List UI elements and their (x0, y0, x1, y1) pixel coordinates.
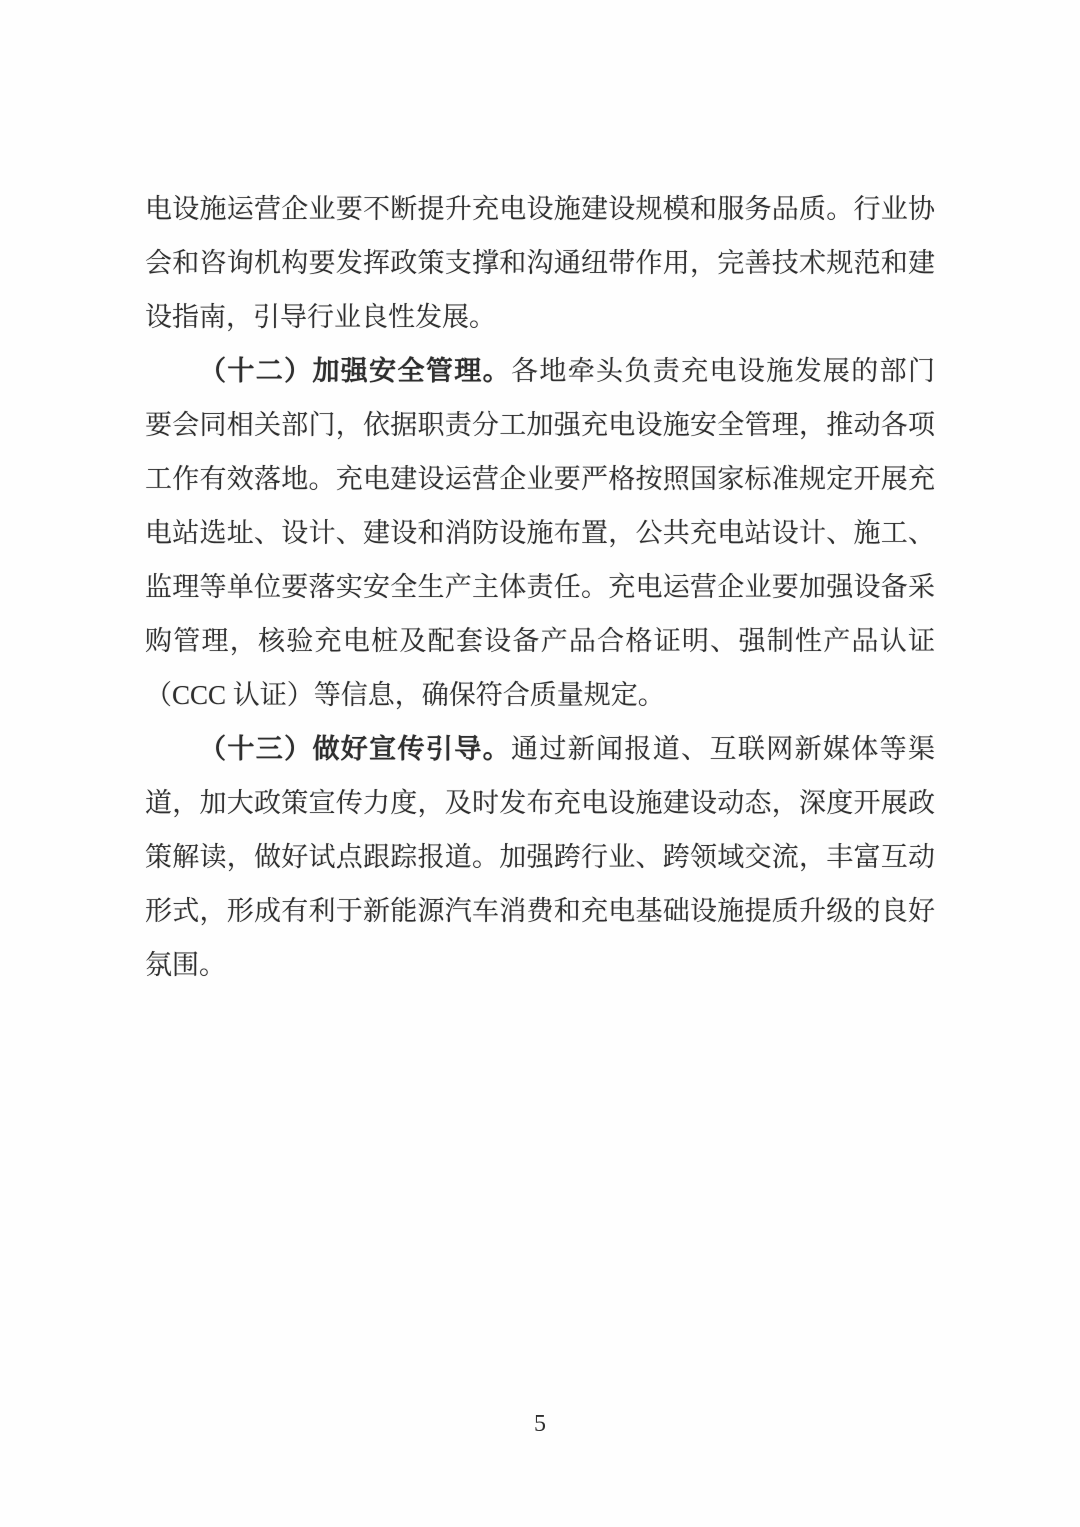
text-line: （十二）加强安全管理。各地牵头负责充电设施发展的部门 (145, 344, 935, 398)
text-line: 会和咨询机构要发挥政策支撑和沟通纽带作用，完善技术规范和建 (145, 236, 935, 290)
text-line: （CCC 认证）等信息，确保符合质量规定。 (145, 668, 935, 722)
text-line: 设指南，引导行业良性发展。 (145, 290, 935, 344)
text-line: （十三）做好宣传引导。通过新闻报道、互联网新媒体等渠 (145, 722, 935, 776)
section-13-heading: （十三）做好宣传引导。 (199, 734, 511, 764)
text-run: 各地牵头负责充电设施发展的部门 (511, 356, 935, 386)
text-line: 工作有效落地。充电建设运营企业要严格按照国家标准规定开展充 (145, 452, 935, 506)
text-line: 策解读，做好试点跟踪报道。加强跨行业、跨领域交流，丰富互动 (145, 830, 935, 884)
paragraph-continuation: 电设施运营企业要不断提升充电设施建设规模和服务品质。行业协 会和咨询机构要发挥政… (145, 182, 935, 344)
text-line: 监理等单位要落实安全生产主体责任。充电运营企业要加强设备采 (145, 560, 935, 614)
text-line: 道，加大政策宣传力度，及时发布充电设施建设动态，深度开展政 (145, 776, 935, 830)
text-run: 通过新闻报道、互联网新媒体等渠 (511, 734, 935, 764)
text-line: 要会同相关部门，依据职责分工加强充电设施安全管理，推动各项 (145, 398, 935, 452)
document-body-text: 电设施运营企业要不断提升充电设施建设规模和服务品质。行业协 会和咨询机构要发挥政… (145, 182, 935, 992)
text-line: 电设施运营企业要不断提升充电设施建设规模和服务品质。行业协 (145, 182, 935, 236)
paragraph-section-12: （十二）加强安全管理。各地牵头负责充电设施发展的部门 要会同相关部门，依据职责分… (145, 344, 935, 722)
text-line: 购管理，核验充电桩及配套设备产品合格证明、强制性产品认证 (145, 614, 935, 668)
text-line: 电站选址、设计、建设和消防设施布置，公共充电站设计、施工、 (145, 506, 935, 560)
page-number: 5 (0, 1410, 1080, 1438)
text-line: 形式，形成有利于新能源汽车消费和充电基础设施提质升级的良好 (145, 884, 935, 938)
section-12-heading: （十二）加强安全管理。 (199, 356, 511, 386)
text-line: 氛围。 (145, 938, 935, 992)
paragraph-section-13: （十三）做好宣传引导。通过新闻报道、互联网新媒体等渠 道，加大政策宣传力度，及时… (145, 722, 935, 992)
document-page: 电设施运营企业要不断提升充电设施建设规模和服务品质。行业协 会和咨询机构要发挥政… (0, 0, 1080, 1527)
